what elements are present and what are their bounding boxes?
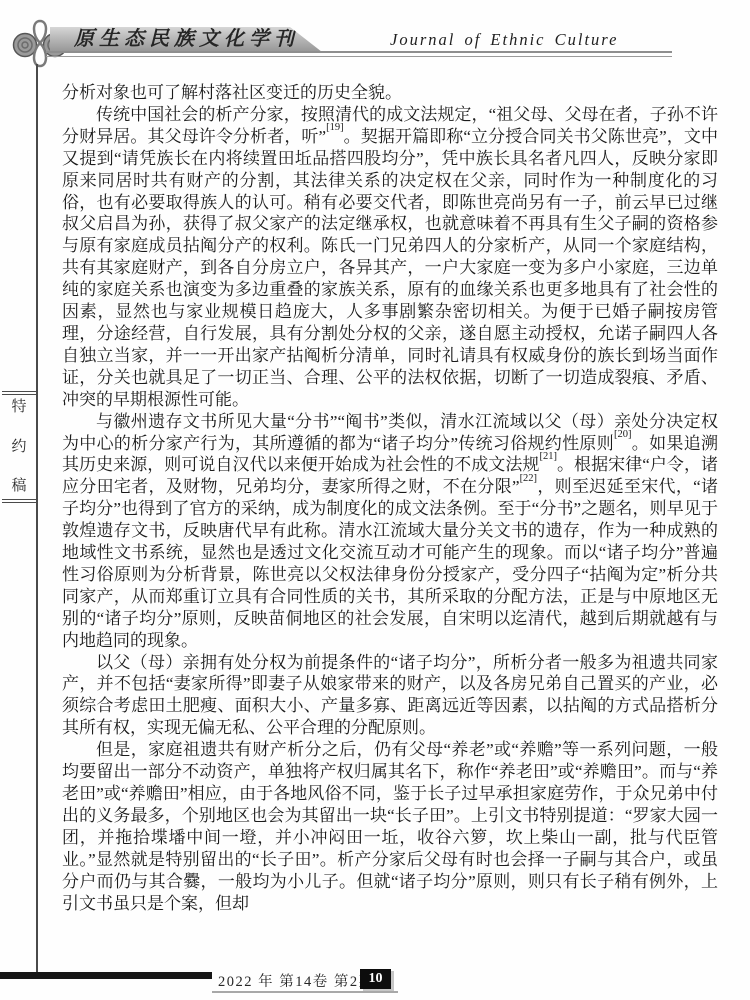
header-divider [46, 51, 672, 57]
page-number-badge: 10 [360, 969, 391, 989]
paragraph: 与徽州遗存文书所见大量“分书”“阄书”类似，清水江流域以父（母）亲处分决定权为中… [62, 411, 718, 652]
footnote-ref: [21] [539, 451, 557, 462]
footnote-ref: [19] [326, 122, 344, 133]
footnote-ref: [20] [614, 429, 632, 440]
paragraph: 以父（母）亲拥有处分权为前提条件的“诸子均分”，所析分者一般多为祖遗共同家产，并… [62, 652, 718, 740]
issue-info: 2022 年 第14卷 第2期 [218, 970, 375, 991]
paragraph: 传统中国社会的析产分家，按照清代的成文法规定，“祖父母、父母在者，子孙不许分财异… [62, 104, 718, 411]
column-tag-label: 特约稿 [2, 395, 36, 499]
footer-underline [212, 991, 398, 993]
journal-title-cn: 原生态民族文化学刊 [50, 27, 322, 51]
article-body: 分析对象也可了解村落社区变迁的历史全貌。传统中国社会的析产分家，按照清代的成文法… [62, 82, 718, 968]
column-tag-char: 特 [11, 400, 26, 415]
journal-title-en: Journal of Ethnic Culture [390, 30, 618, 50]
column-tag-char: 稿 [11, 479, 26, 494]
journal-title-banner: 原生态民族文化学刊 [50, 27, 322, 52]
paragraph: 但是，家庭祖遗共有财产析分之后，仍有父母“养老”或“养赡”等一系列问题，一般均要… [62, 739, 718, 914]
journal-page: 原生态民族文化学刊 Journal of Ethnic Culture 特约稿 … [0, 0, 750, 1000]
column-tag: 特约稿 [2, 391, 36, 503]
footer-bar [0, 972, 212, 979]
margin-vertical-line [36, 64, 38, 972]
footnote-ref: [22] [520, 473, 538, 484]
paragraph: 分析对象也可了解村落社区变迁的历史全貌。 [62, 82, 718, 104]
column-tag-char: 约 [11, 440, 26, 455]
